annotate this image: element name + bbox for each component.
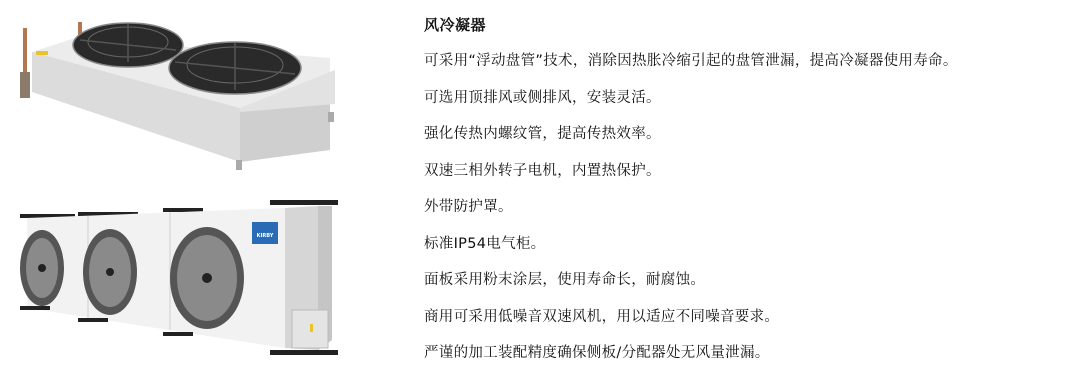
feature-item: 商用可采用低噪音双速风机，用以适应不同噪音要求。	[424, 304, 1082, 341]
feature-item: 标准IP54电气柜。	[424, 231, 1082, 268]
section-title: 风冷凝器	[424, 12, 1082, 38]
feature-item: 双速三相外转子电机，内置热保护。	[424, 158, 1082, 195]
top-discharge-condenser-image	[0, 0, 400, 190]
feature-item: 严谨的加工装配精度确保侧板/分配器处无风量泄漏。	[424, 340, 1082, 371]
side-discharge-condenser-image: KIRBY	[0, 190, 400, 371]
feature-item: 可选用顶排风或侧排风，安装灵活。	[424, 85, 1082, 122]
feature-item: 面板采用粉末涂层，使用寿命长，耐腐蚀。	[424, 267, 1082, 304]
feature-item: 外带防护罩。	[424, 194, 1082, 231]
feature-description: 风冷凝器 可采用“浮动盘管”技术，消除因热胀冷缩引起的盘管泄漏，提高冷凝器使用寿…	[424, 12, 1082, 371]
feature-item: 强化传热内螺纹管，提高传热效率。	[424, 121, 1082, 158]
product-images: KIRBY	[0, 0, 400, 371]
feature-item: 可采用“浮动盘管”技术，消除因热胀冷缩引起的盘管泄漏，提高冷凝器使用寿命。	[424, 48, 1082, 85]
kirby-logo: KIRBY	[257, 233, 274, 239]
